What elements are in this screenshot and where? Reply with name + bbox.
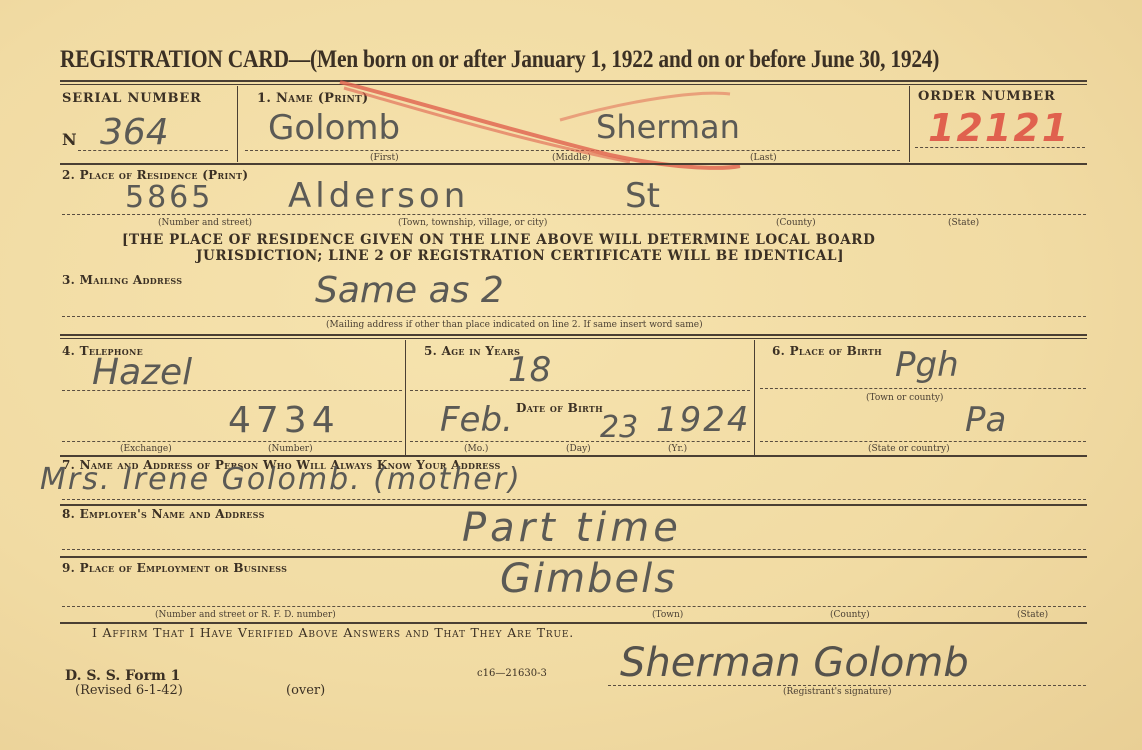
order-number-label: ORDER NUMBER	[918, 89, 1056, 104]
residence-notice-line2: JURISDICTION; LINE 2 OF REGISTRATION CER…	[196, 248, 844, 264]
employer-value: Part time	[462, 505, 682, 551]
birthplace-sub-town: (Town or county)	[866, 393, 943, 403]
divider	[909, 86, 910, 162]
residence-sub-town: (Town, township, village, or city)	[398, 218, 547, 228]
telephone-exchange-line	[62, 390, 402, 391]
mailing-address-value: Same as 2	[315, 270, 504, 311]
residence-sub-county: (County)	[776, 218, 816, 228]
form-over: (over)	[286, 683, 325, 698]
dob-day-value: 23	[600, 410, 638, 445]
serial-prefix: N	[62, 130, 77, 149]
employment-sub-town: (Town)	[652, 610, 683, 620]
dob-line	[410, 441, 750, 442]
date-of-birth-label: Date of Birth	[516, 401, 603, 415]
employment-place-value: Gimbels	[500, 556, 677, 602]
age-value: 18	[508, 350, 551, 390]
residence-sub-state: (State)	[948, 218, 979, 228]
employment-place-label: 9. Place of Employment or Business	[62, 561, 287, 575]
divider	[405, 340, 406, 456]
divider	[237, 86, 238, 162]
telephone-sub-exchange: (Exchange)	[120, 444, 172, 454]
contact-line	[62, 499, 1086, 500]
divider	[754, 340, 755, 456]
serial-number-value: 364	[100, 112, 169, 153]
mailing-sub: (Mailing address if other than place ind…	[326, 320, 703, 330]
serial-number-label: SERIAL NUMBER	[62, 91, 202, 106]
birthplace-town-line	[760, 388, 1086, 389]
residence-notice-line1: [THE PLACE OF RESIDENCE GIVEN ON THE LIN…	[122, 232, 875, 248]
birthplace-sub-state: (State or country)	[868, 444, 950, 454]
form-number: D. S. S. Form 1	[65, 668, 180, 684]
employment-line	[62, 606, 1086, 607]
birthplace-state-value: Pa	[965, 400, 1006, 440]
dob-month-value: Feb.	[440, 400, 513, 440]
employer-line	[62, 549, 1086, 550]
affirmation-text: I Affirm That I Have Verified Above Answ…	[92, 625, 574, 640]
residence-number-value: 5865	[125, 180, 213, 215]
birthplace-state-line	[760, 441, 1086, 442]
row-rule	[60, 334, 1087, 336]
residence-line	[62, 214, 1086, 215]
mailing-address-label: 3. Mailing Address	[62, 273, 182, 287]
dob-sub-month: (Mo.)	[464, 444, 488, 454]
signature-line	[608, 685, 1086, 686]
row-rule	[60, 163, 1087, 165]
contact-person-value: Mrs. Irene Golomb. (mother)	[40, 462, 522, 497]
dob-sub-year: (Yr.)	[668, 444, 687, 454]
registrant-signature: Sherman Golomb	[620, 640, 969, 686]
mailing-line	[62, 316, 1086, 317]
telephone-sub-number: (Number)	[268, 444, 313, 454]
dob-year-value: 1924	[656, 400, 751, 440]
signature-sub: (Registrant's signature)	[783, 687, 892, 697]
serial-line	[78, 150, 228, 151]
employer-label: 8. Employer's Name and Address	[62, 507, 265, 521]
row-rule-thin	[60, 338, 1087, 339]
residence-sub-street: (Number and street)	[158, 218, 252, 228]
form-code: c16—21630-3	[477, 668, 547, 679]
place-of-birth-label: 6. Place of Birth	[772, 344, 882, 358]
dob-sub-day: (Day)	[566, 444, 591, 454]
row-rule	[60, 455, 1087, 457]
residence-street-value: Alderson	[288, 176, 469, 216]
employment-sub-state: (State)	[1017, 610, 1048, 620]
employment-sub-county: (County)	[830, 610, 870, 620]
residence-suffix-value: St	[625, 176, 660, 216]
order-line	[915, 147, 1085, 148]
employment-sub-street: (Number and street or R. F. D. number)	[155, 610, 336, 620]
birthplace-town-value: Pgh	[895, 345, 959, 385]
age-line	[410, 390, 750, 391]
order-number-value: 12121	[928, 106, 1070, 150]
form-revised: (Revised 6-1-42)	[75, 683, 183, 698]
age-label: 5. Age in Years	[424, 344, 520, 358]
telephone-number-line	[62, 441, 402, 442]
telephone-number-value: 4734	[228, 400, 340, 441]
telephone-exchange-value: Hazel	[92, 352, 192, 393]
row-rule	[60, 622, 1087, 624]
